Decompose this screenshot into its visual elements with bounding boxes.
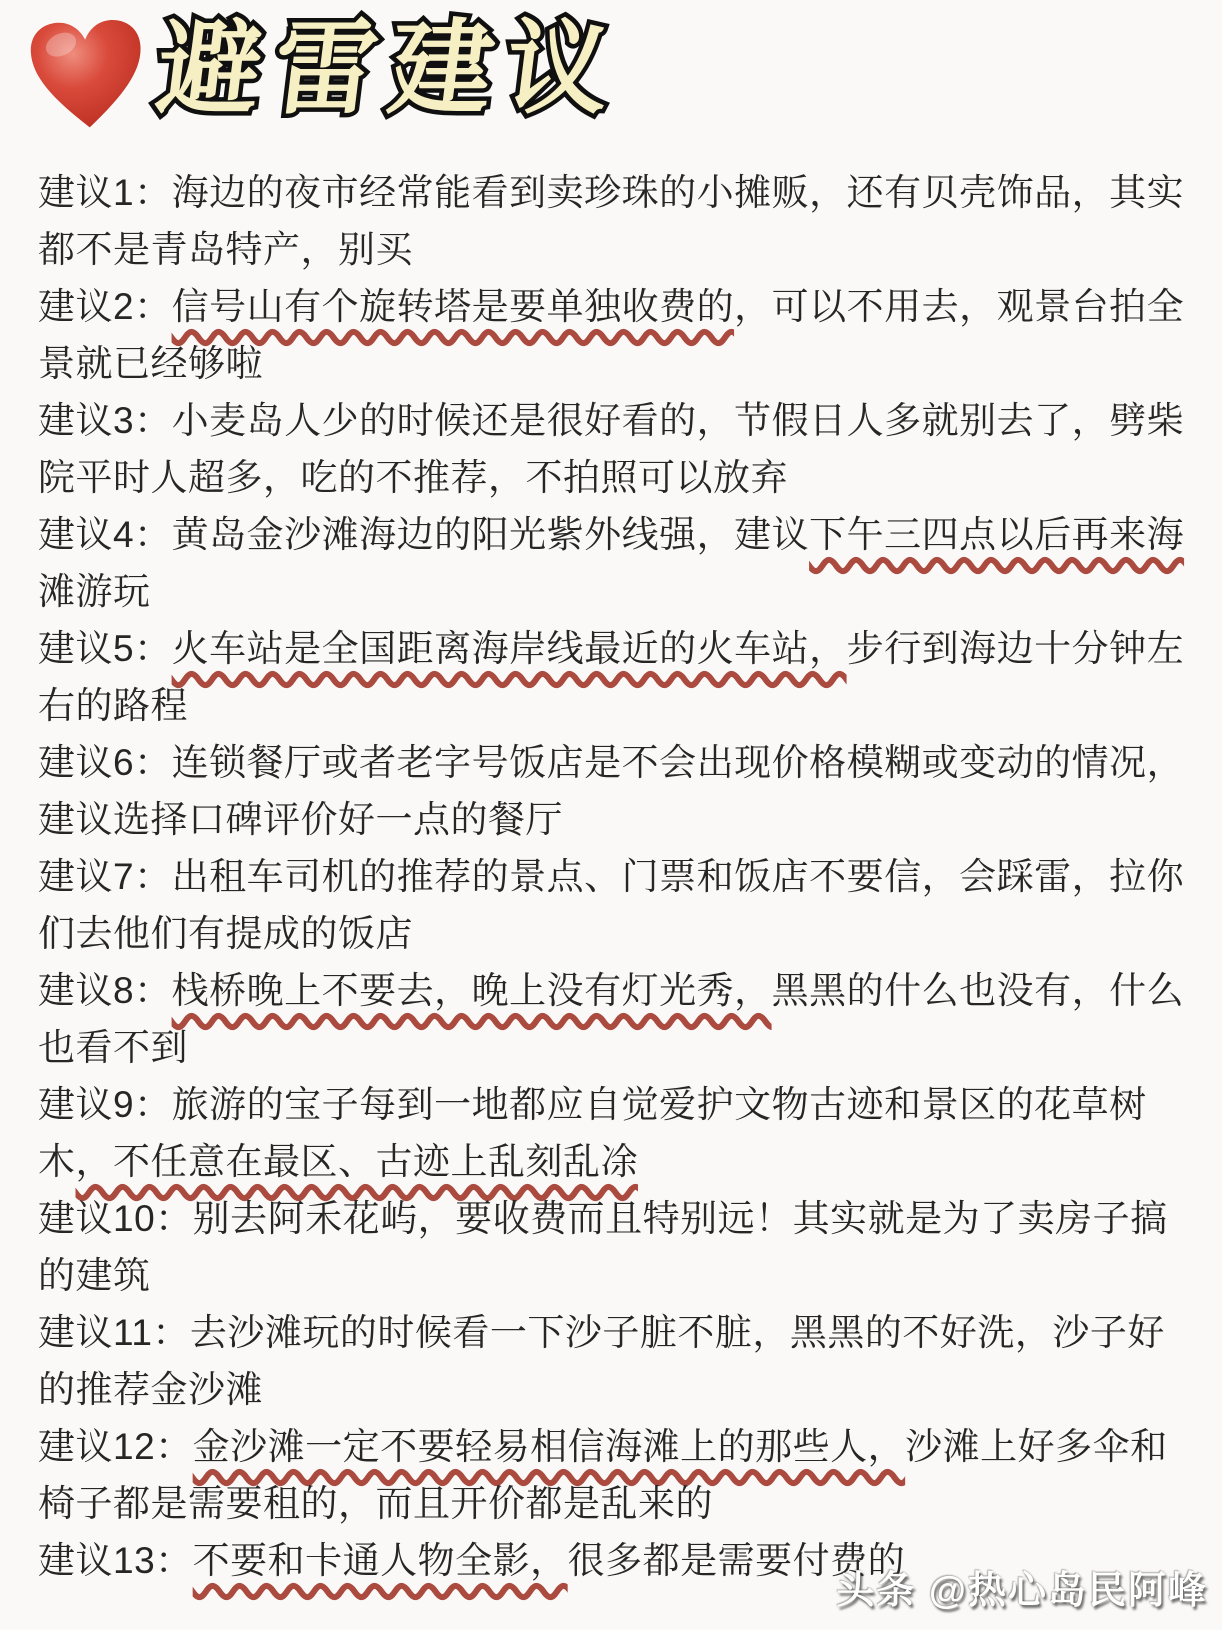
watermark: 头条 @热心岛民阿峰 (836, 1559, 1208, 1614)
suggestion-item: 建议7：出租车司机的推荐的景点、门票和饭店不要信，会踩雷，拉你们去他们有提成的饭… (38, 848, 1188, 962)
suggestion-item: 建议11：去沙滩玩的时候看一下沙子脏不脏，黑黑的不好洗，沙子好的推荐金沙滩 (38, 1304, 1188, 1418)
suggestion-text: 建议4：黄岛金沙滩海边的阳光紫外线强，建议 (38, 514, 809, 555)
underlined-phrase: 金沙滩一定不要轻易相信海滩上的那些人， (193, 1426, 906, 1467)
suggestion-text: 建议2： (38, 286, 172, 327)
suggestion-item: 建议6：连锁餐厅或者老字号饭店是不会出现价格模糊或变动的情况，建议选择口碑评价好… (38, 734, 1188, 848)
suggestion-item: 建议10：别去阿禾花屿，要收费而且特别远！其实就是为了卖房子搞的建筑 (38, 1190, 1188, 1304)
underlined-phrase: 栈桥晚上不要去，晚上没有灯光秀， (172, 970, 772, 1011)
underlined-phrase: ，不任意在最区、古迹上乱刻乱凃 (76, 1141, 639, 1182)
suggestion-item: 建议4：黄岛金沙滩海边的阳光紫外线强，建议下午三四点以后再来海滩游玩 (38, 506, 1188, 620)
suggestion-text: 建议12： (38, 1426, 193, 1467)
page: 避雷建议 建议1：海边的夜市经常能看到卖珍珠的小摊贩，还有贝壳饰品，其实都不是青… (0, 0, 1222, 1630)
suggestion-text: 建议1：海边的夜市经常能看到卖珍珠的小摊贩，还有贝壳饰品，其实都不是青岛特产，别… (38, 172, 1184, 270)
suggestion-text: 滩游玩 (38, 571, 151, 612)
header: 避雷建议 (0, 0, 1222, 152)
suggestion-text: 建议6：连锁餐厅或者老字号饭店是不会出现价格模糊或变动的情况，建议选择口碑评价好… (38, 742, 1184, 840)
suggestion-text: 建议11：去沙滩玩的时候看一下沙子脏不脏，黑黑的不好洗，沙子好的推荐金沙滩 (38, 1312, 1165, 1410)
suggestion-item: 建议1：海边的夜市经常能看到卖珍珠的小摊贩，还有贝壳饰品，其实都不是青岛特产，别… (38, 164, 1188, 278)
suggestion-item: 建议9：旅游的宝子每到一地都应自觉爱护文物古迹和景区的花草树木，不任意在最区、古… (38, 1076, 1188, 1190)
suggestion-text: 建议10：别去阿禾花屿，要收费而且特别远！其实就是为了卖房子搞的建筑 (38, 1198, 1168, 1296)
underlined-phrase: 火车站是全国距离海岸线最近的火车站， (172, 628, 847, 669)
suggestions-list: 建议1：海边的夜市经常能看到卖珍珠的小摊贩，还有贝壳饰品，其实都不是青岛特产，别… (0, 152, 1222, 1589)
suggestion-item: 建议12：金沙滩一定不要轻易相信海滩上的那些人，沙滩上好多伞和椅子都是需要租的，… (38, 1418, 1188, 1532)
underlined-phrase: 不要和卡通人物全影， (193, 1540, 568, 1581)
page-title: 避雷建议 (151, 10, 629, 128)
suggestion-text: 建议5： (38, 628, 172, 669)
red-heart-icon (26, 14, 148, 136)
suggestion-item: 建议8：栈桥晚上不要去，晚上没有灯光秀，黑黑的什么也没有，什么也看不到 (38, 962, 1188, 1076)
suggestion-text: 建议13： (38, 1540, 193, 1581)
suggestion-item: 建议2：信号山有个旋转塔是要单独收费的，可以不用去，观景台拍全景就已经够啦 (38, 278, 1188, 392)
underlined-phrase: 信号山有个旋转塔是要单独收费的 (172, 286, 735, 327)
suggestion-item: 建议5：火车站是全国距离海岸线最近的火车站，步行到海边十分钟左右的路程 (38, 620, 1188, 734)
suggestion-text: 建议3：小麦岛人少的时候还是很好看的，节假日人多就别去了，劈柴院平时人超多，吃的… (38, 400, 1184, 498)
underlined-phrase: 下午三四点以后再来海 (809, 514, 1184, 555)
suggestion-text: 建议8： (38, 970, 172, 1011)
suggestion-text: 建议7：出租车司机的推荐的景点、门票和饭店不要信，会踩雷，拉你们去他们有提成的饭… (38, 856, 1184, 954)
suggestion-item: 建议3：小麦岛人少的时候还是很好看的，节假日人多就别去了，劈柴院平时人超多，吃的… (38, 392, 1188, 506)
